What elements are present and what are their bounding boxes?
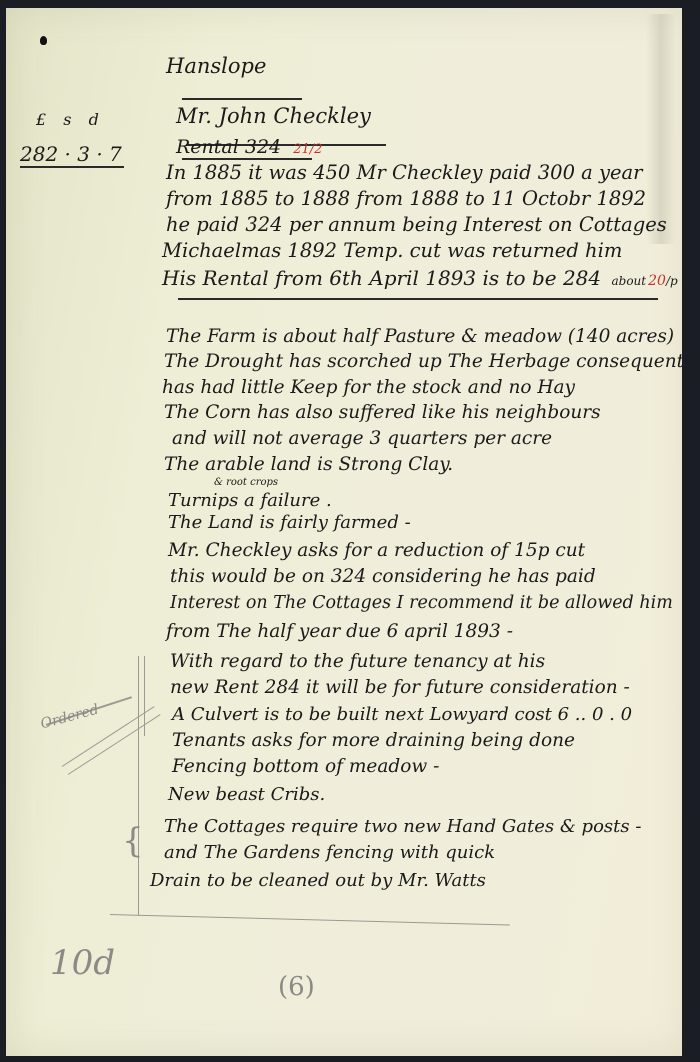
new-rental-text: His Rental from 6th April 1893 is to be … [162, 266, 601, 290]
bottom-pencil-note: 10d [50, 946, 115, 980]
about-red-value: 20 [648, 273, 666, 289]
header-line-4: Michaelmas 1892 Temp. cut was returned h… [162, 241, 622, 261]
rental-red-annotation: 21/2 [293, 142, 322, 157]
body-line-9: Mr. Checkley asks for a reduction of 15p… [168, 542, 585, 561]
page-number: (6) [278, 974, 315, 1000]
header-line-2: from 1885 to 1888 from 1888 to 11 Octobr… [166, 189, 646, 209]
body-line-10: this would be on 324 considering he has … [170, 568, 596, 587]
pencil-closing-line [110, 914, 510, 925]
body-line-20: and The Gardens fencing with quick [164, 844, 495, 862]
place-heading: Hanslope [166, 56, 266, 77]
body-line-5: and will not average 3 quarters per acre [172, 430, 552, 449]
body-line-7: Turnips a failure . [168, 492, 332, 510]
manuscript-page: Hanslope Mr. John Checkley £ s d 282 · 3… [6, 6, 690, 1056]
body-line-4: The Corn has also suffered like his neig… [164, 404, 601, 423]
body-line-16: Tenants asks for more draining being don… [172, 732, 575, 751]
background-top [0, 0, 700, 8]
rental-text: Rental 324 [176, 136, 281, 158]
body-line-2: The Drought has scorched up The Herbage … [164, 353, 700, 372]
body-line-3: has had little Keep for the stock and no… [162, 379, 575, 398]
rental-line: Rental 324 21/2 [176, 138, 322, 157]
body-line-21: Drain to be cleaned out by Mr. Watts [150, 872, 486, 890]
header-line-5: His Rental from 6th April 1893 is to be … [162, 268, 696, 288]
pencil-margin-line [138, 656, 139, 916]
body-line-17: Fencing bottom of meadow - [172, 758, 439, 777]
tenant-heading: Mr. John Checkley [176, 106, 371, 127]
header-line-3: he paid 324 per annum being Interest on … [166, 215, 667, 235]
about-note: about [611, 274, 646, 288]
pencil-brace: { [122, 824, 144, 858]
punch-hole [40, 36, 47, 45]
body-line-11: Interest on The Cottages I recommend it … [170, 595, 673, 613]
body-line-19: The Cottages require two new Hand Gates … [164, 818, 641, 836]
heading-underline [182, 98, 302, 100]
margin-amount: 282 · 3 · 7 [20, 144, 122, 164]
page-curl-shadow [646, 14, 676, 244]
margin-note-ordered: Ordered [39, 703, 100, 732]
body-line-6: The arable land is Strong Clay. [164, 456, 453, 475]
header-line-1: In 1885 it was 450 Mr Checkley paid 300 … [166, 163, 643, 183]
rental-underline [182, 158, 312, 160]
section-divider [178, 298, 658, 300]
body-line-8: The Land is fairly farmed - [168, 514, 411, 532]
body-line-18: New beast Cribs. [168, 786, 325, 804]
body-line-13: With regard to the future tenancy at his [170, 653, 545, 672]
background-right [682, 0, 700, 1062]
body-line-1: The Farm is about half Pasture & meadow … [166, 328, 674, 347]
body-line-15: A Culvert is to be built next Lowyard co… [172, 706, 632, 724]
body-line-12: from The half year due 6 april 1893 - [166, 623, 513, 642]
currency-header: £ s d [36, 112, 105, 128]
margin-amount-underline [20, 166, 124, 168]
pencil-stroke-2 [68, 714, 161, 775]
interlinear-insert: & root crops [214, 478, 278, 488]
body-line-14: new Rent 284 it will be for future consi… [170, 679, 630, 698]
